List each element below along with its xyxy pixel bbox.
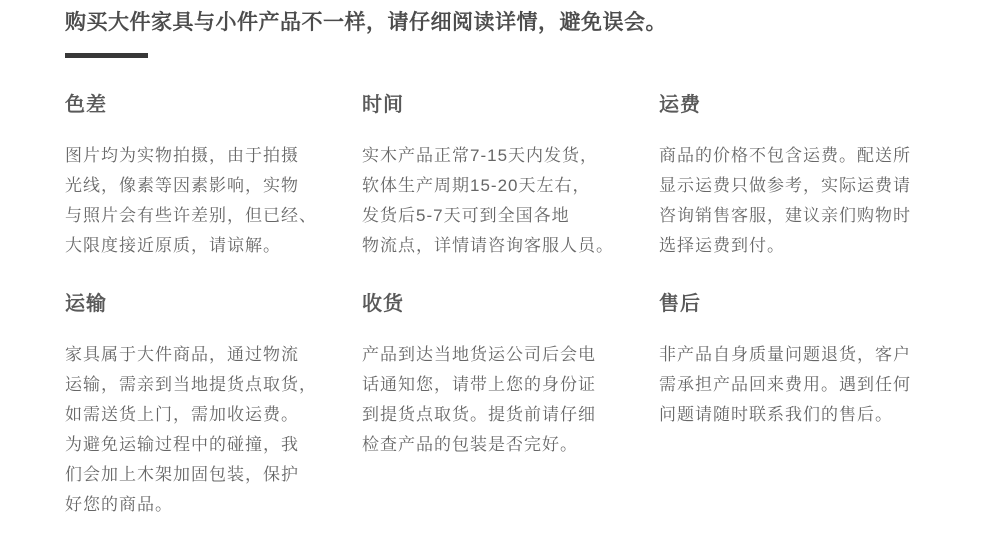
purchase-notes-panel: 购买大件家具与小件产品不一样，请仔细阅读详情，避免误会。 色差 图片均为实物拍摄… (0, 0, 990, 552)
note-body-time: 实木产品正常7-15天内发货， 软体生产周期15-20天左右， 发货后5-7天可… (362, 141, 659, 261)
title-underline-divider (65, 53, 148, 58)
note-title-transport: 运输 (65, 287, 362, 318)
note-body-transport: 家具属于大件商品，通过物流 运输，需亲到当地提货点取货， 如需送货上门，需加收运… (65, 340, 362, 520)
note-section-shipping-fee: 运费 商品的价格不包含运费。配送所 显示运费只做参考，实际运费请 咨询销售客服，… (659, 88, 911, 287)
notes-grid: 色差 图片均为实物拍摄，由于拍摄 光线，像素等因素影响，实物 与照片会有些许差别… (65, 88, 911, 486)
note-title-shipping-fee: 运费 (659, 88, 911, 119)
note-section-receiving: 收货 产品到达当地货运公司后会电 话通知您，请带上您的身份证 到提货点取货。提货… (362, 287, 659, 486)
note-body-receiving: 产品到达当地货运公司后会电 话通知您，请带上您的身份证 到提货点取货。提货前请仔… (362, 340, 659, 460)
note-section-after-sales: 售后 非产品自身质量问题退货，客户 需承担产品回来费用。遇到任何 问题请随时联系… (659, 287, 911, 486)
note-body-color-difference: 图片均为实物拍摄，由于拍摄 光线，像素等因素影响，实物 与照片会有些许差别，但已… (65, 141, 362, 261)
note-section-transport: 运输 家具属于大件商品，通过物流 运输，需亲到当地提货点取货， 如需送货上门，需… (65, 287, 362, 486)
note-title-after-sales: 售后 (659, 287, 911, 318)
note-section-color-difference: 色差 图片均为实物拍摄，由于拍摄 光线，像素等因素影响，实物 与照片会有些许差别… (65, 88, 362, 287)
page-title: 购买大件家具与小件产品不一样，请仔细阅读详情，避免误会。 (65, 9, 667, 37)
note-section-time: 时间 实木产品正常7-15天内发货， 软体生产周期15-20天左右， 发货后5-… (362, 88, 659, 287)
note-body-shipping-fee: 商品的价格不包含运费。配送所 显示运费只做参考，实际运费请 咨询销售客服，建议亲… (659, 141, 911, 261)
note-title-color-difference: 色差 (65, 88, 362, 119)
note-title-receiving: 收货 (362, 287, 659, 318)
note-body-after-sales: 非产品自身质量问题退货，客户 需承担产品回来费用。遇到任何 问题请随时联系我们的… (659, 340, 911, 430)
note-title-time: 时间 (362, 88, 659, 119)
